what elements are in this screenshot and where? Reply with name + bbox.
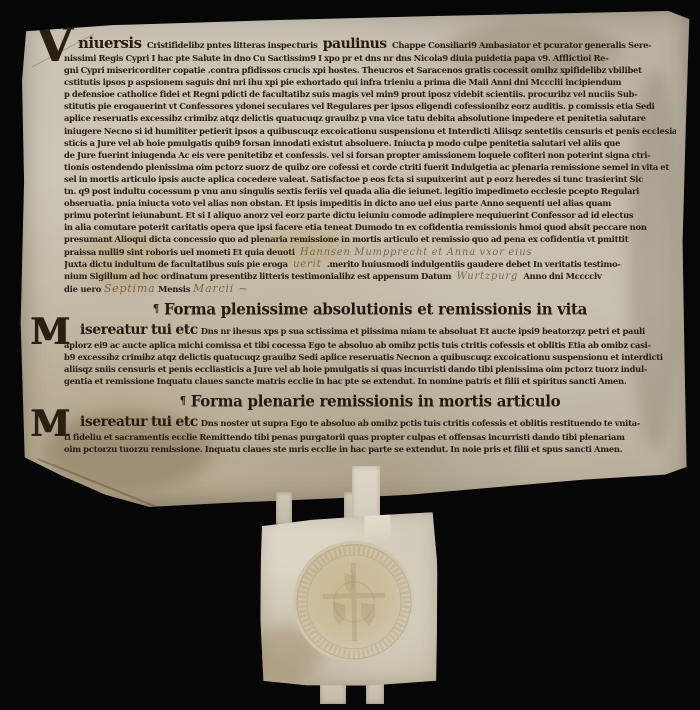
text-line: gentia et remissione Inquatu claues sanc… <box>64 375 676 387</box>
text-line: p defensioe catholice fidei et Regni pdi… <box>64 88 676 100</box>
text-line: ti fideliu et sacramentis ecclie Remitte… <box>64 431 676 443</box>
date-line: die uero Septima Mensis Marcii ~ <box>64 282 676 295</box>
photo-background: V niuersis Cristifidelibz pntes litteras… <box>0 0 700 710</box>
document-text: V niuersis Cristifidelibz pntes litteras… <box>64 34 676 455</box>
text-line: de Jure fuerint iniugenda Ac eis vere pe… <box>64 149 676 161</box>
heading-ornament-icon: ¶ <box>180 396 186 408</box>
text-line: gni Cypri misericorditer copatie .contra… <box>64 64 676 76</box>
wax-seal <box>292 540 417 665</box>
text-line: aplorz ei9 ac aucte aplica michi comissa… <box>64 339 676 351</box>
text-line-datum: nium Sigillum ad hoc ordinatum presentib… <box>64 270 676 282</box>
fold-crease <box>38 458 178 516</box>
text-line: tn. q9 post indultu cocessum p vnu anu s… <box>64 185 676 197</box>
text-line: nissimi Regis Cypri I hac pte Salute in … <box>64 52 676 64</box>
misereatur-mortis-paragraph: M isereatur tui etcDns noster ut supra E… <box>64 414 676 455</box>
text-line: aliisqz sniis censuris et penis eccliast… <box>64 363 676 375</box>
text-line-with-names: praissa nulli9 sint roboris uel mometi E… <box>64 246 676 258</box>
text-line: cstitutis ipsos p aspsionem saguis dni n… <box>64 76 676 88</box>
text-line: tionis ostendendo plenissima oim pctorz … <box>64 161 676 173</box>
text-line: sel in mortis articulo ipsis aucte aplic… <box>64 173 676 185</box>
text-line: obseruatia. pnia iniucta voto vel alias … <box>64 197 676 209</box>
text-line: isereatur tui etcDns noster ut supra Ego… <box>64 414 676 431</box>
misereatur-vita-paragraph: M isereatur tui etcDns nr ihesus xps p s… <box>64 322 676 387</box>
text-line: presumant Alioqui dicta concessio quo ad… <box>64 233 676 245</box>
handwritten-day: Septima <box>104 282 156 295</box>
handwritten-word: uerit <box>293 259 321 270</box>
document-sheet: V niuersis Cristifidelibz pntes litteras… <box>18 10 692 515</box>
decorated-initial-m: M <box>30 314 70 350</box>
seal-engraving <box>292 540 417 665</box>
tag-strip-end <box>364 513 391 544</box>
seal-patch <box>258 512 440 688</box>
misereatur-opening: isereatur tui etc <box>80 414 198 430</box>
text-line: primu poterint ieiunabunt. Et si I aliqu… <box>64 209 676 221</box>
decorated-initial-v: V <box>36 22 72 69</box>
handwritten-month: Marcii ~ <box>193 282 248 295</box>
text-line: stitutis pie erogauerint vt Confessores … <box>64 100 676 112</box>
text-line: niuersis Cristifidelibz pntes litteras i… <box>64 34 676 52</box>
incipit-word: niuersis <box>78 34 142 52</box>
text-line: in alia comutare poterit caritatis opera… <box>64 221 676 233</box>
text-line: b9 excessibz crimibz atqz delictis quatu… <box>64 351 676 363</box>
handwritten-place: Wurtzpurg <box>457 271 519 282</box>
text-line: iniugere Necno si id humiliter petierit … <box>64 125 676 137</box>
text-line: Juxta dictu indultum de facultatibus sui… <box>64 258 676 270</box>
line1-text: Cristifidelibz pntes litteras inspecturi… <box>147 40 318 50</box>
misereatur-opening: isereatur tui etc <box>80 322 198 338</box>
line1-text: Chappe Consiliari9 Ambasiator et pcurato… <box>392 40 651 50</box>
heading-ornament-icon: ¶ <box>153 303 159 315</box>
parchment-tab <box>276 492 292 524</box>
heading-forma-mortis: ¶Forma plenarie remissionis in mortis ar… <box>64 390 676 412</box>
text-line: isereatur tui etcDns nr ihesus xps p sua… <box>64 322 676 339</box>
text-line: oim pctorzu tuorzu remissione. Inquatu c… <box>64 443 676 455</box>
handwritten-purchaser-names: Hannsen Mumpprecht et Anna vxor eius <box>300 247 532 258</box>
text-line: sticis a Jure vel ab hoie pmulgatis quib… <box>64 137 676 149</box>
decorated-initial-m: M <box>30 406 70 442</box>
text-line: aplice reseruatis excessibz crimibz atqz… <box>64 112 676 124</box>
heading-forma-vita: ¶Forma plenissime absolutionis et remiss… <box>64 298 676 320</box>
issuer-name: paulinus <box>323 36 387 52</box>
